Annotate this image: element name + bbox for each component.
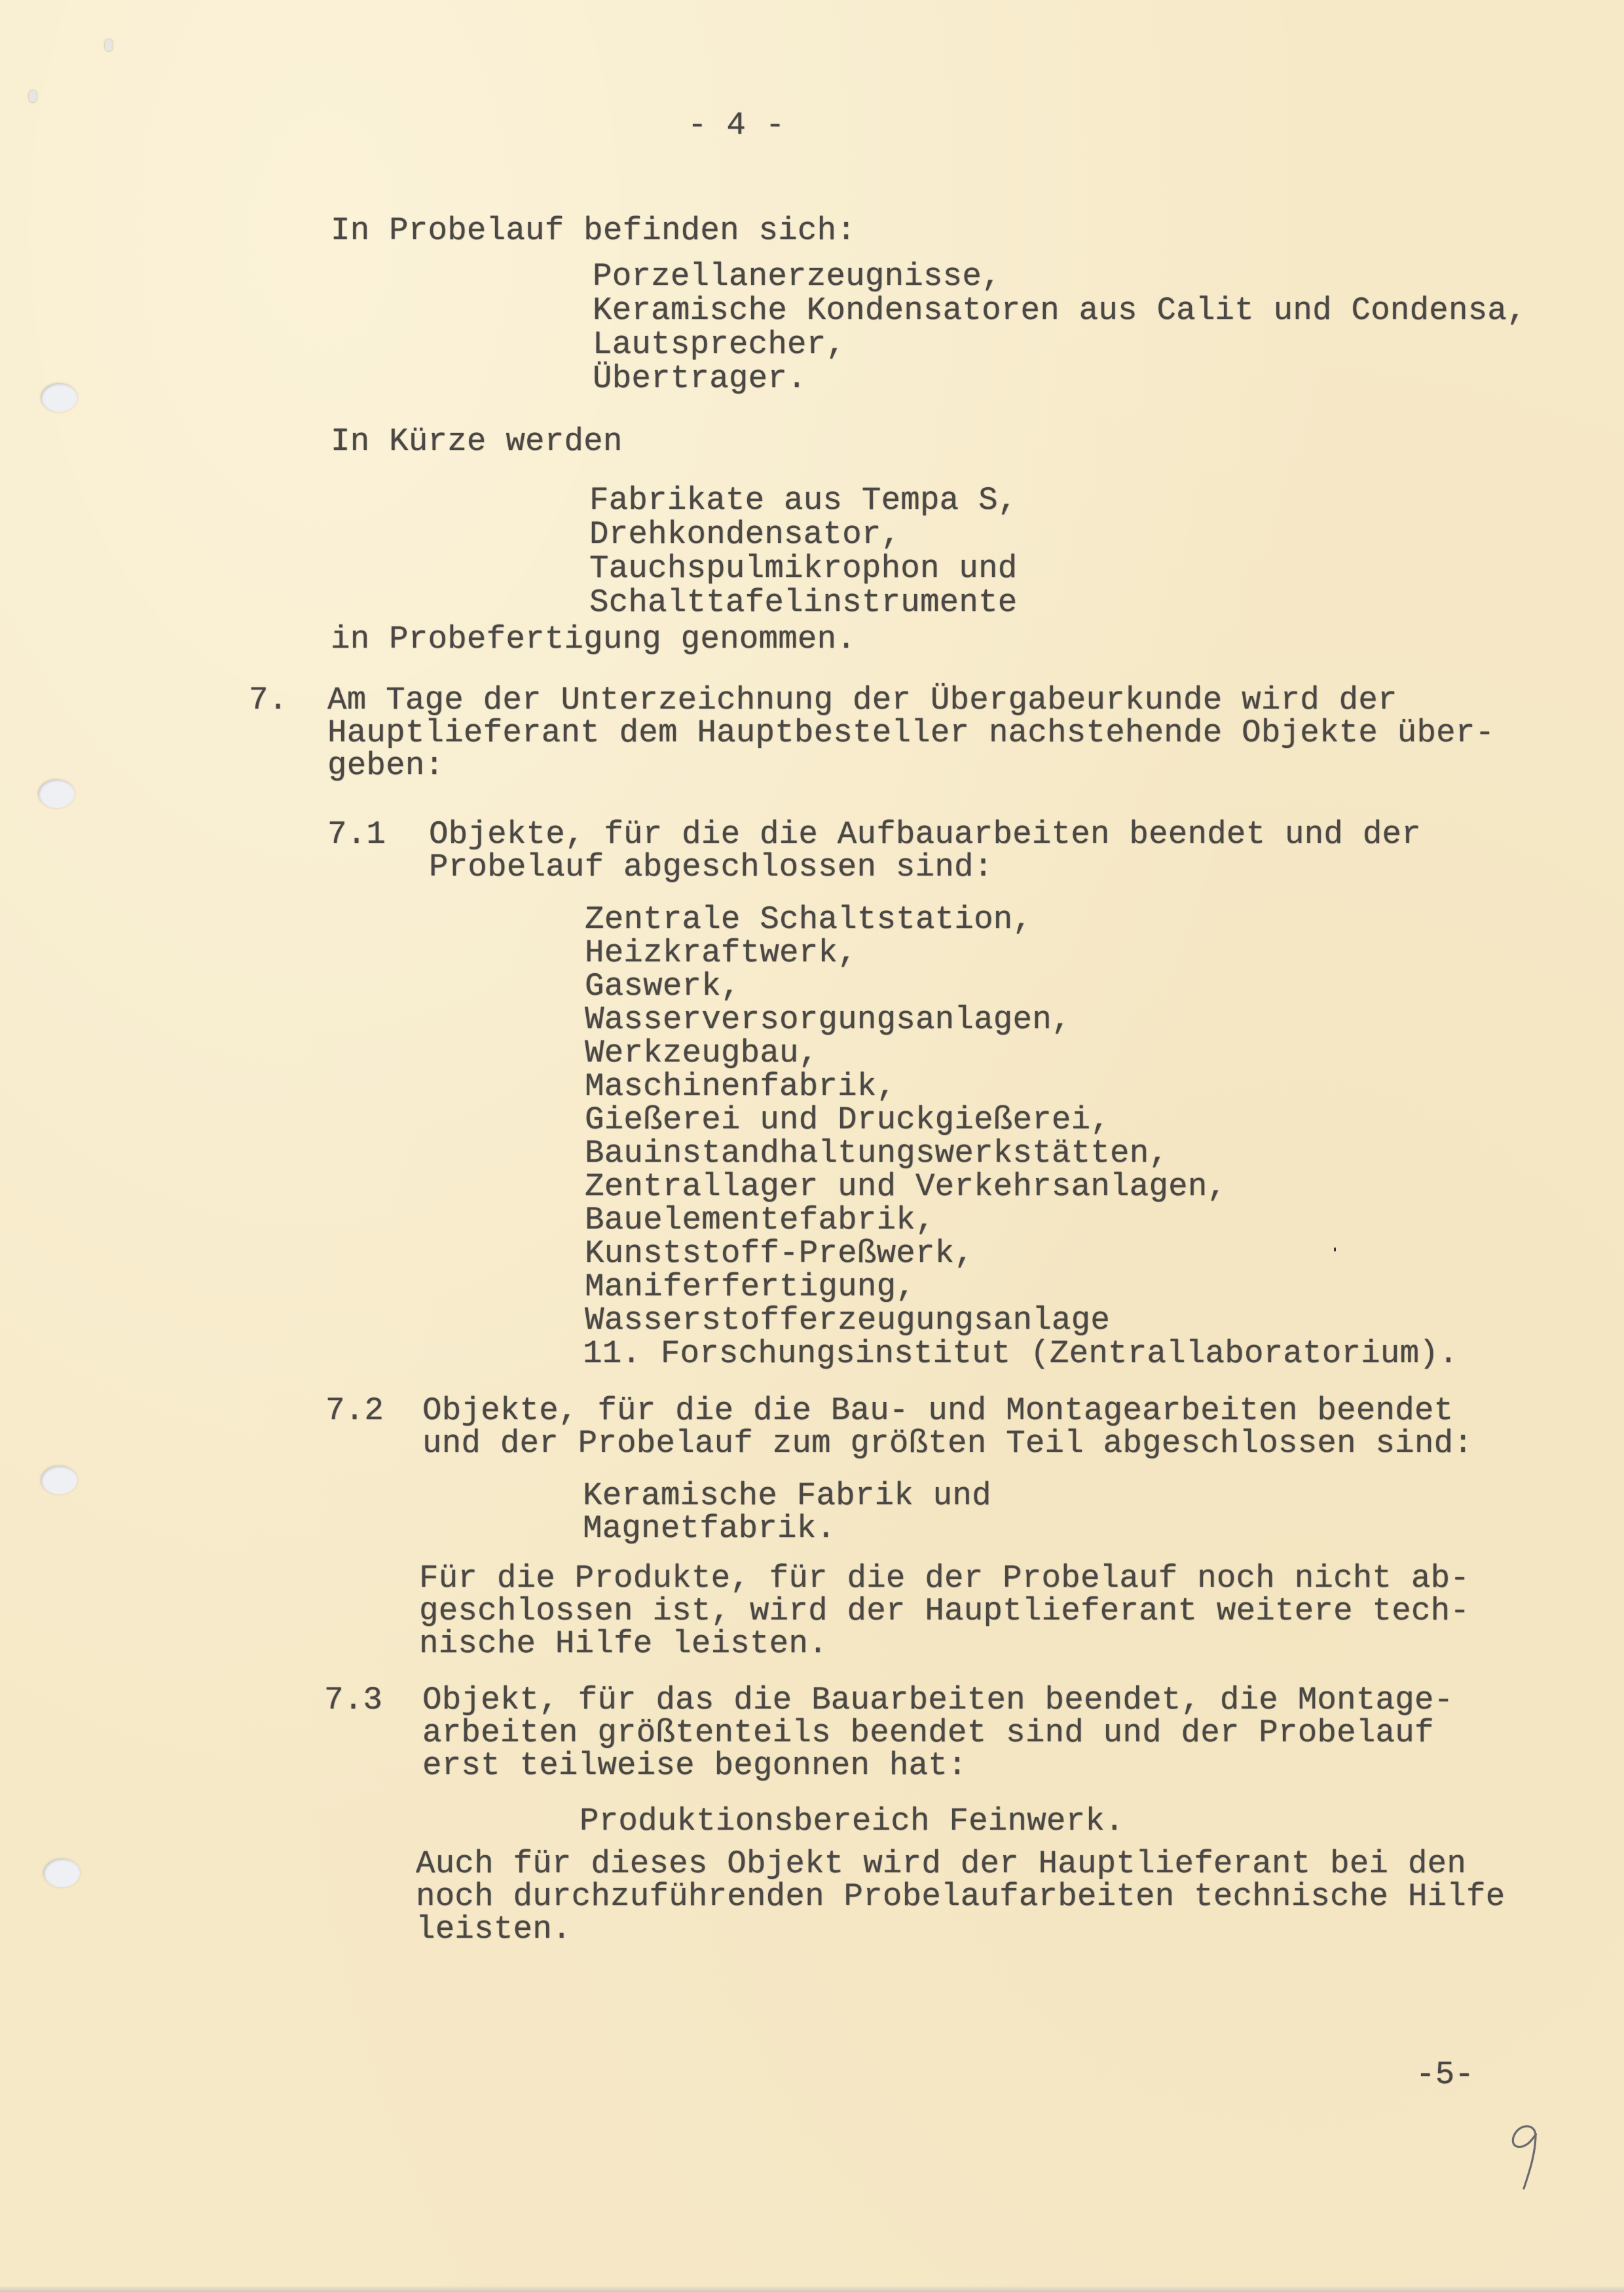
section-7-2-note: nische Hilfe leisten. [419, 1627, 828, 1661]
list-item: Magnetfabrik. [583, 1511, 836, 1545]
section-7-2-number: 7.2 [325, 1394, 384, 1428]
list-item: Heizkraftwerk, [585, 936, 857, 970]
section-7-1-number: 7.1 [327, 817, 386, 851]
section-7-3-note: leisten. [416, 1912, 572, 1946]
list-item: Produktionsbereich Feinwerk. [580, 1804, 1124, 1838]
section-7-3-text: arbeiten größtenteils beendet sind und d… [422, 1716, 1434, 1750]
list-item: Maniferfertigung, [585, 1270, 915, 1304]
list-item: Keramische Fabrik und [583, 1479, 991, 1513]
next-page-marker: -5- [1416, 2058, 1474, 2092]
list-item: Übertrager. [593, 361, 807, 396]
page-bottom-edge [0, 2285, 1624, 2292]
section-7-number: 7. [249, 683, 287, 717]
section-7-3-text: Objekt, für das die Bauarbeiten beendet,… [422, 1683, 1453, 1717]
punch-hole [41, 383, 77, 412]
section-7-2-note: geschlossen ist, wird der Hauptlieferant… [419, 1594, 1469, 1628]
list-item: Wasserstofferzeugungsanlage [585, 1303, 1110, 1337]
section-7-text: geben: [327, 749, 444, 783]
list-item: Zentrale Schaltstation, [585, 902, 1032, 936]
list-item: Porzellanerzeugnisse, [593, 259, 1001, 293]
section-7-3-text: erst teilweise begonnen hat: [422, 1748, 967, 1783]
ink-speck [1334, 1248, 1336, 1251]
list-item: Gaswerk, [585, 969, 741, 1003]
list-item: Schalttafelinstrumente [589, 585, 1018, 619]
list-item: Wasserversorgungsanlagen, [585, 1003, 1071, 1037]
punch-hole [38, 779, 75, 808]
page-number: - 4 - [688, 108, 785, 142]
section-7-3-note: Auch für dieses Objekt wird der Hauptlie… [416, 1847, 1466, 1881]
list-item: Kunststoff-Preßwerk, [585, 1236, 974, 1270]
list-item: Tauchspulmikrophon und [589, 551, 1018, 585]
list-item: Zentrallager und Verkehrsanlagen, [585, 1170, 1227, 1204]
handwritten-sheet-number: 9 [1509, 2120, 1542, 2192]
section-7-3-note: noch durchzuführenden Probelaufarbeiten … [416, 1879, 1505, 1913]
list-item: Bauinstandhaltungswerkstätten, [585, 1136, 1168, 1170]
section-7-2-text: Objekte, für die die Bau- und Montagearb… [422, 1394, 1453, 1428]
list-item: Lautsprecher, [593, 327, 845, 361]
section-7-text: Am Tage der Unterzeichnung der Übergabeu… [327, 683, 1397, 717]
section-7-1-text: Objekte, für die die Aufbauarbeiten been… [429, 817, 1421, 851]
list-item: Bauelementefabrik, [585, 1203, 935, 1237]
section-7-2-note: Für die Produkte, für die der Probelauf … [419, 1561, 1469, 1595]
list-item: Gießerei und Druckgießerei, [585, 1103, 1110, 1137]
punch-hole [43, 1858, 80, 1887]
soon-closing: in Probefertigung genommen. [331, 622, 856, 656]
section-7-1-text: Probelauf abgeschlossen sind: [429, 850, 993, 884]
punch-hole [41, 1466, 77, 1494]
list-item: Maschinenfabrik, [585, 1069, 896, 1103]
section-7-2-text: und der Probelauf zum größten Teil abges… [422, 1426, 1473, 1460]
section-7-3-number: 7.3 [324, 1683, 382, 1717]
list-item: Drehkondensator, [589, 517, 900, 551]
staple-mark [29, 90, 37, 102]
soon-heading: In Kürze werden [331, 424, 623, 458]
intro-heading: In Probelauf befinden sich: [331, 213, 856, 248]
staple-mark [105, 39, 113, 51]
section-7-text: Hauptlieferant dem Hauptbesteller nachst… [327, 716, 1494, 750]
document-page: - 4 - In Probelauf befinden sich: Porzel… [0, 0, 1624, 2292]
list-item: Keramische Kondensatoren aus Calit und C… [593, 293, 1526, 327]
list-item: 11. Forschungsinstitut (Zentrallaborator… [583, 1337, 1458, 1371]
list-item: Fabrikate aus Tempa S, [589, 483, 1018, 517]
list-item: Werkzeugbau, [585, 1036, 818, 1070]
